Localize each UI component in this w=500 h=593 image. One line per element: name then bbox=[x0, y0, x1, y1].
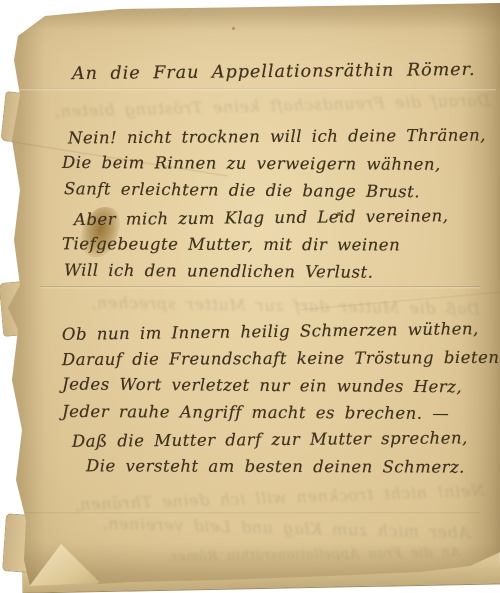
handwritten-line: Die beim Rinnen zu verweigern wähnen, bbox=[62, 153, 482, 182]
handwritten-line: Nein! nicht trocknen will ich deine Thrä… bbox=[68, 126, 482, 156]
paper-crease bbox=[16, 88, 496, 91]
scanned-manuscript-scene: Darauf die Freundschaft keine Tröstung b… bbox=[0, 0, 500, 593]
bleedthrough-text: Nein! nicht trocknen will ich deine Thrä… bbox=[75, 481, 485, 514]
handwritten-line: Tiefgebeugte Mutter, mit dir weinen bbox=[62, 234, 482, 262]
paper-crease bbox=[300, 291, 500, 311]
manuscript-page: Darauf die Freundschaft keine Tröstung b… bbox=[0, 0, 500, 593]
handwritten-line: Jeder rauhe Angriff macht es brechen. — bbox=[62, 402, 482, 431]
bleedthrough-text: Aber mich zum Klag und Leid vereinen, bbox=[60, 513, 470, 543]
handwritten-line: Ob nun im Innern heilig Schmerzen wüthen… bbox=[62, 319, 482, 352]
handwritten-line: Darauf die Freundschaft keine Tröstung b… bbox=[62, 348, 482, 377]
handwritten-line: Daß die Mutter darf zur Mutter sprechen, bbox=[72, 428, 482, 459]
paper-edge-shading bbox=[0, 0, 500, 593]
handwritten-line: Will ich den unendlichen Verlust. bbox=[64, 261, 482, 291]
stanza-1: Nein! nicht trocknen will ich deine Thrä… bbox=[62, 127, 482, 289]
handwritten-line: Jedes Wort verletzet nur ein wundes Herz… bbox=[62, 375, 482, 405]
handwritten-line: Aber mich zum Klag und Leid vereinen, bbox=[74, 206, 482, 237]
handwritten-line: Die versteht am besten deinen Schmerz. bbox=[86, 456, 482, 484]
bleedthrough-text: Darauf die Freundschaft keine Tröstung b… bbox=[70, 91, 490, 121]
handwritten-line: Sanft erleichtern die die bange Brust. bbox=[64, 179, 482, 210]
handwritten-title: An die Frau Appellationsräthin Römer. bbox=[72, 60, 476, 84]
bleedthrough-text: Daß die Mutter darf zur Mutter sprechen, bbox=[60, 292, 480, 318]
ink-speck bbox=[232, 27, 235, 30]
paper-crease bbox=[20, 512, 480, 514]
bleedthrough-text: An die Frau Appellationsräthin Römer. bbox=[120, 545, 460, 566]
stanza-2: Ob nun im Innern heilig Schmerzen wüthen… bbox=[62, 322, 482, 484]
